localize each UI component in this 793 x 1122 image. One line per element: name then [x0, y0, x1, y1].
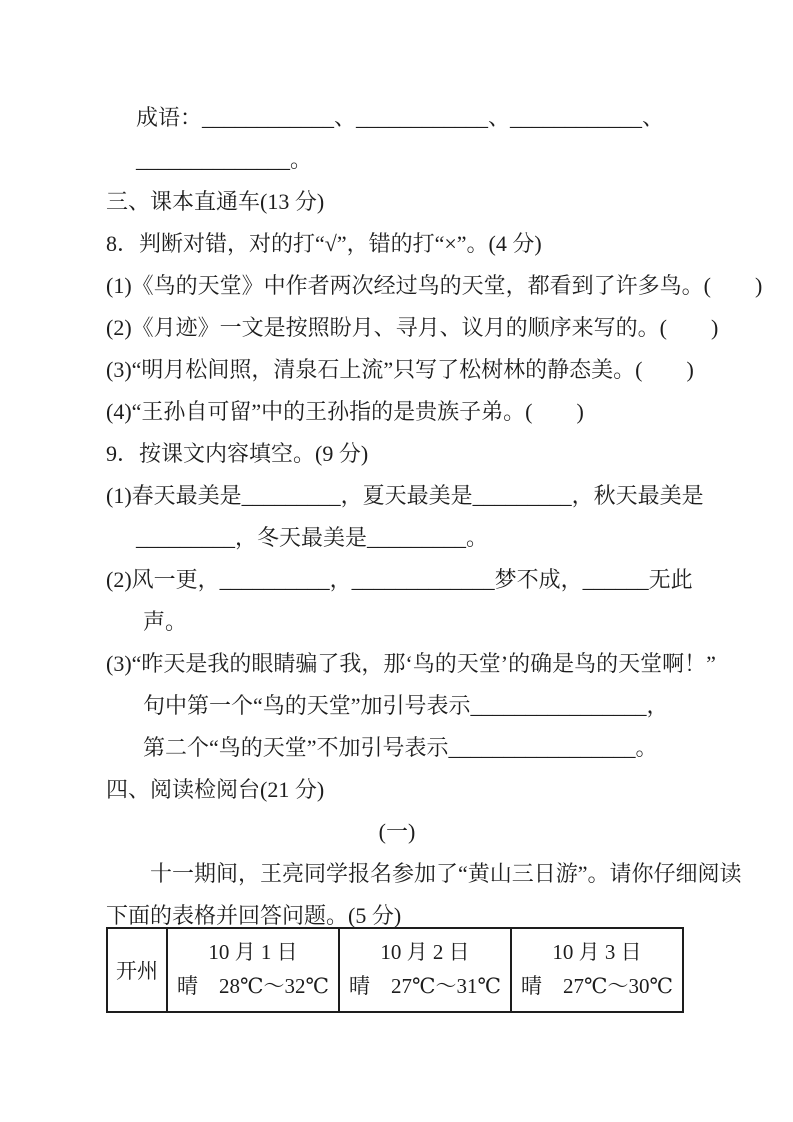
- weather-forecast-1: 晴 28℃～32℃: [168, 970, 338, 1002]
- weather-table-day-cell-2: 10 月 2 日 晴 27℃～31℃: [338, 929, 510, 1011]
- question9-item2-line2: 声。: [106, 601, 688, 643]
- question9-item3-line3: 第二个“鸟的天堂”不加引号表示_________________。: [106, 727, 688, 769]
- section3-heading: 三、课本直通车(13 分): [106, 181, 688, 223]
- weather-table-day-cell-3: 10 月 3 日 晴 27℃～30℃: [510, 929, 682, 1011]
- weather-forecast-3: 晴 27℃～30℃: [512, 970, 682, 1002]
- weather-table-location-cell: 开州: [108, 929, 166, 1011]
- question8-item-3: (3)“明月松间照，清泉石上流”只写了松树林的静态美。( ): [106, 349, 688, 391]
- question9-item2-line1: (2)风一更，__________，_____________梦不成，_____…: [106, 559, 688, 601]
- question9-stem: 9．按课文内容填空。(9 分): [106, 433, 688, 475]
- question9-item3-line2: 句中第一个“鸟的天堂”加引号表示________________，: [106, 685, 688, 727]
- question9-item1-line1: (1)春天最美是_________，夏天最美是_________，秋天最美是: [106, 475, 688, 517]
- question8-item-4: (4)“王孙自可留”中的王孙指的是贵族子弟。( ): [106, 391, 688, 433]
- idiom-blank-line-1: 成语：____________、____________、___________…: [106, 97, 688, 139]
- exam-paper-content: 成语：____________、____________、___________…: [106, 97, 688, 1013]
- passage-part-label: (一): [106, 811, 688, 853]
- passage-intro-line-1: 十一期间，王亮同学报名参加了“黄山三日游”。请你仔细阅读: [106, 853, 688, 895]
- question9-item1-line2: _________，冬天最美是_________。: [106, 517, 688, 559]
- question8-item-1: (1)《鸟的天堂》中作者两次经过鸟的天堂，都看到了许多鸟。( ): [106, 265, 688, 307]
- weather-forecast-2: 晴 27℃～31℃: [340, 970, 510, 1002]
- exam-paper-page: 成语：____________、____________、___________…: [0, 0, 793, 1122]
- weather-date-1: 10 月 1 日: [168, 936, 338, 968]
- question8-item-2: (2)《月迹》一文是按照盼月、寻月、议月的顺序来写的。( ): [106, 307, 688, 349]
- section4-heading: 四、阅读检阅台(21 分): [106, 769, 688, 811]
- weather-date-3: 10 月 3 日: [512, 936, 682, 968]
- idiom-blank-line-2: ______________。: [106, 139, 688, 181]
- weather-date-2: 10 月 2 日: [340, 936, 510, 968]
- question8-stem: 8．判断对错，对的打“√”，错的打“×”。(4 分): [106, 223, 688, 265]
- weather-table: 开州 10 月 1 日 晴 28℃～32℃ 10 月 2 日 晴 27℃～31℃…: [106, 927, 684, 1013]
- question9-item3-line1: (3)“昨天是我的眼睛骗了我，那‘鸟的天堂’的确是鸟的天堂啊！”: [106, 643, 688, 685]
- weather-table-day-cell-1: 10 月 1 日 晴 28℃～32℃: [166, 929, 338, 1011]
